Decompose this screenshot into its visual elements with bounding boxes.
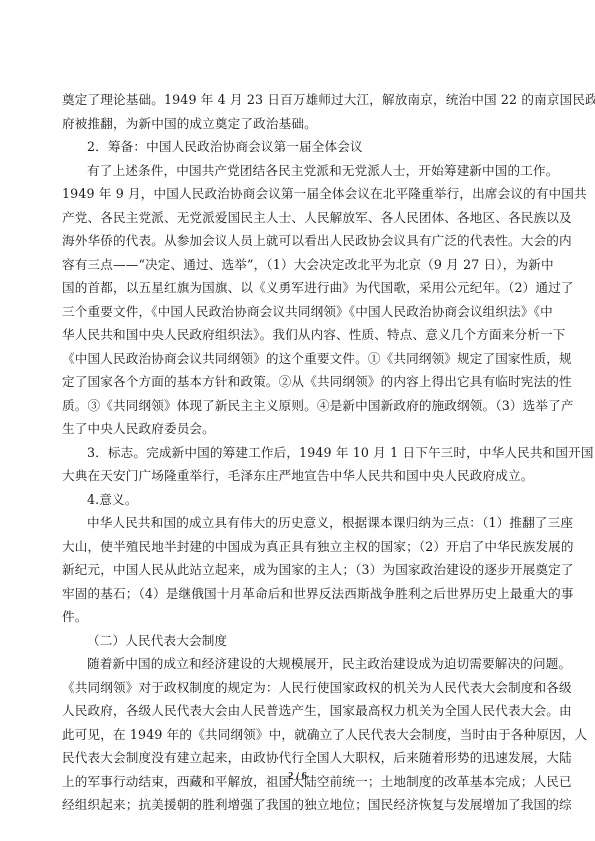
text-line: 定了国家各个方面的基本方针和政策。②从《共同纲领》的内容上得出它具有临时宪法的性 [62,370,534,394]
text-line: 国的首都，以五星红旗为国旗、以《义勇军进行曲》为代国歌，采用公元纪年。（2）通过… [62,276,534,300]
text-line: 容有三点——“决定、通过、选举”，（1）大会决定改北平为北京（9 月 27 日）… [62,253,534,277]
text-line: 质。③《共同纲领》体现了新民主主义原则。④是新中国新政府的施政纲领。（3）选举了… [62,394,534,418]
document-body: 奠定了理论基础。1949 年 4 月 23 日百万雄师过大江，解放南京，统治中国… [62,88,534,817]
text-line: 三个重要文件，《中国人民政治协商会议共同纲领》《中国人民政治协商会议组织法》《中 [62,300,534,324]
text-line: 牢固的基石；（4）是继俄国十月革命后和世界反法西斯战争胜利之后世界历史上最重大的… [62,582,534,606]
text-line: 此可见，在 1949 年的《共同纲领》中，就确立了人民代表大会制度，当时由于各种… [62,723,534,747]
text-line: 随着新中国的成立和经济建设的大规模展开，民主政治建设成为迫切需要解决的问题。 [62,652,534,676]
text-line: 新纪元，中国人民从此站立起来，成为国家的主人；（3）为国家政治建设的逐步开展奠定… [62,558,534,582]
text-line: 1949 年 9 月，中国人民政治协商会议第一届全体会议在北平隆重举行，出席会议… [62,182,534,206]
text-line: 4.意义。 [62,488,534,512]
text-line: 经组织起来；抗美援朝的胜利增强了我国的独立地位；国民经济恢复与发展增加了我国的综 [62,793,534,817]
text-line: 府被推翻，为新中国的成立奠定了政治基础。 [62,112,534,136]
text-line: （二）人民代表大会制度 [62,629,534,653]
text-line: 华人民共和国中央人民政府组织法》。我们从内容、性质、特点、意义几个方面来分析一下 [62,323,534,347]
text-line: 大山，使半殖民地半封建的中国成为真正具有独立主权的国家；（2）开启了中华民族发展… [62,535,534,559]
page-number: 2 / 6 [0,771,595,782]
text-line: 奠定了理论基础。1949 年 4 月 23 日百万雄师过大江，解放南京，统治中国… [62,88,534,112]
text-line: 《中国人民政治协商会议共同纲领》的这个重要文件。①《共同纲领》规定了国家性质，规 [62,347,534,371]
text-line: 3．标志。完成新中国的筹建工作后，1949 年 10 月 1 日下午三时，中华人… [62,441,534,465]
text-line: 产党、各民主党派、无党派爱国民主人士、人民解放军、各人民团体、各地区、各民族以及 [62,206,534,230]
text-line: 人民政府，各级人民代表大会由人民普选产生，国家最高权力机关为全国人民代表大会。由 [62,699,534,723]
text-line: 生了中央人民政府委员会。 [62,417,534,441]
text-line: 大典在天安门广场隆重举行，毛泽东庄严地宣告中华人民共和国中央人民政府成立。 [62,464,534,488]
text-line: 民代表大会制度没有建立起来，由政协代行全国人大职权，后来随着形势的迅速发展，大陆 [62,746,534,770]
text-line: 2．筹备：中国人民政治协商会议第一届全体会议 [62,135,534,159]
text-line: 中华人民共和国的成立具有伟大的历史意义，根据课本课归纳为三点：（1）推翻了三座 [62,511,534,535]
text-line: 有了上述条件，中国共产党团结各民主党派和无党派人士，开始筹建新中国的工作。 [62,159,534,183]
text-line: 件。 [62,605,534,629]
text-line: 《共同纲领》对于政权制度的规定为：人民行使国家政权的机关为人民代表大会制度和各级 [62,676,534,700]
text-line: 海外华侨的代表。从参加会议人员上就可以看出人民政协会议具有广泛的代表性。大会的内 [62,229,534,253]
